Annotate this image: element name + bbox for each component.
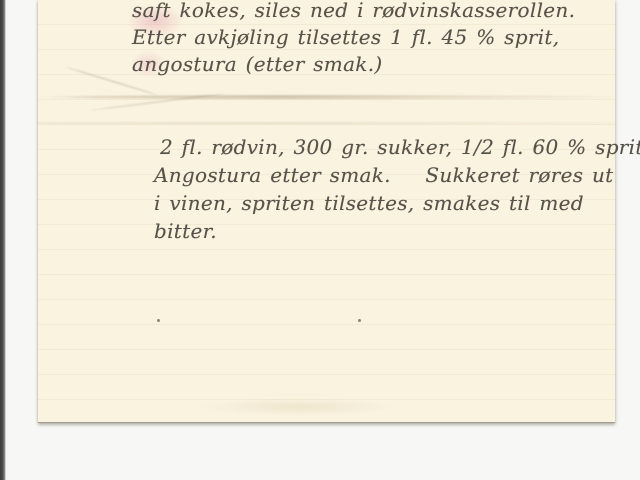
scanned-page-view: saft kokes, siles ned i rødvinskasseroll… bbox=[0, 0, 640, 480]
scanner-edge-strip bbox=[0, 0, 6, 480]
handwriting-line: 2 fl. rødvin, 300 gr. sukker, 1/2 fl. 60… bbox=[154, 133, 640, 161]
handwriting-line: saft kokes, siles ned i rødvinskasseroll… bbox=[132, 0, 575, 24]
paper-stain bbox=[198, 398, 398, 416]
paper-speck bbox=[157, 319, 160, 322]
paper-sheet: saft kokes, siles ned i rødvinskasseroll… bbox=[38, 0, 615, 423]
handwriting-line: Angostura etter smak. Sukkeret røres ut bbox=[154, 161, 640, 189]
handwriting-line: bitter. bbox=[154, 217, 640, 245]
paper-crease-faint bbox=[38, 122, 615, 124]
handwriting-line: angostura (etter smak.) bbox=[132, 51, 575, 78]
handwritten-paragraph-main: 2 fl. rødvin, 300 gr. sukker, 1/2 fl. 60… bbox=[154, 133, 640, 245]
paper-speck bbox=[358, 319, 361, 322]
handwriting-line: i vinen, spriten tilsettes, smakes til m… bbox=[154, 189, 640, 217]
handwriting-line: Etter avkjøling tilsettes 1 fl. 45 % spr… bbox=[132, 24, 575, 51]
paper-crease-horizontal bbox=[38, 95, 615, 99]
handwritten-paragraph-top: saft kokes, siles ned i rødvinskasseroll… bbox=[132, 0, 575, 78]
